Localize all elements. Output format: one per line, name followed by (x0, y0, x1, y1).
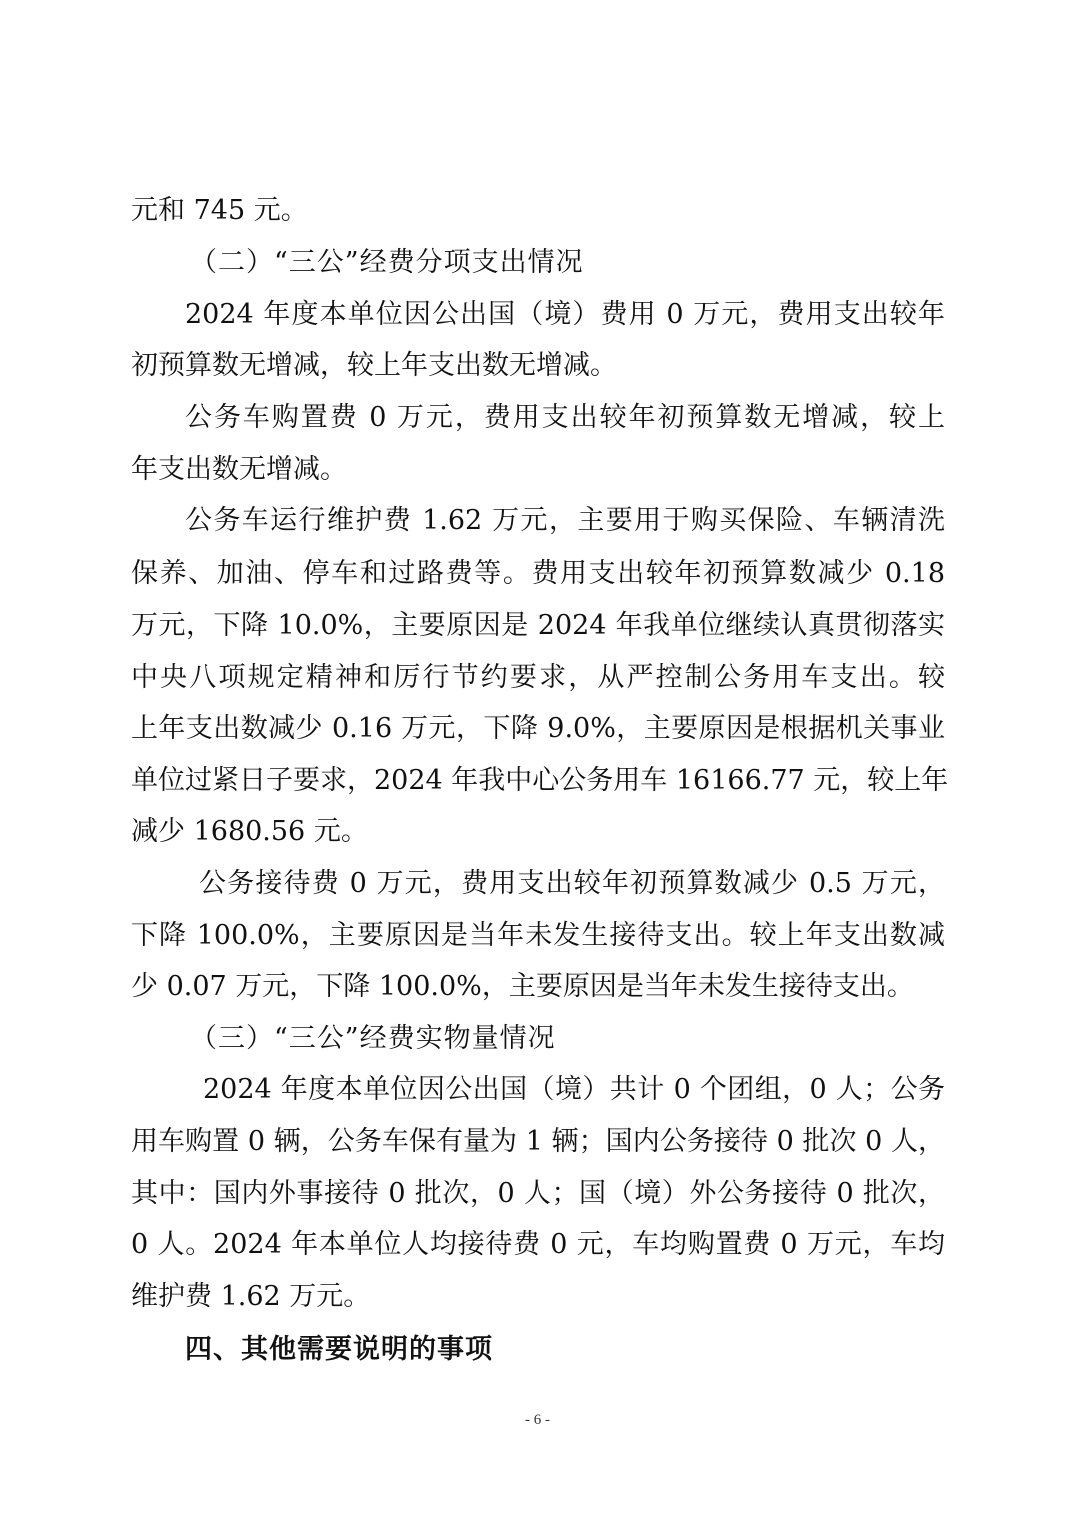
paragraph-reception-line: 公务接待费 0 万元，费用支出较年初预算数减少 0.5 万元， (199, 864, 945, 904)
paragraph-abroad-line: 初预算数无增减，较上年支出数无增减。 (131, 346, 945, 386)
paragraph-vehicle-maintenance-line: 单位过紧日子要求，2024 年我中心公务用车 16166.77 元，较上年 (131, 761, 945, 801)
paragraph-quantities-line: 其中：国内外事接待 0 批次，0 人；国（境）外公务接待 0 批次， (131, 1174, 945, 1214)
paragraph-quantities-line: 0 人。2024 年本单位人均接待费 0 元，车均购置费 0 万元，车均 (131, 1225, 945, 1265)
document-page: 元和 745 元。 （二）“三公”经费分项支出情况 2024 年度本单位因公出国… (0, 0, 1075, 1520)
subsection-heading-itemized-expenses: （二）“三公”经费分项支出情况 (190, 243, 945, 283)
section-heading-other-matters: 四、其他需要说明的事项 (185, 1330, 945, 1370)
paragraph-reception-line: 少 0.07 万元，下降 100.0%，主要原因是当年未发生接待支出。 (131, 967, 945, 1007)
paragraph-continuation-line: 元和 745 元。 (131, 191, 945, 231)
paragraph-vehicle-purchase-line: 年支出数无增减。 (131, 450, 945, 490)
paragraph-vehicle-maintenance-line: 中央八项规定精神和厉行节约要求，从严控制公务用车支出。较 (131, 658, 945, 698)
paragraph-vehicle-maintenance-line: 上年支出数减少 0.16 万元，下降 9.0%，主要原因是根据机关事业 (131, 709, 945, 749)
paragraph-vehicle-maintenance-line: 公务车运行维护费 1.62 万元，主要用于购买保险、车辆清洗 (185, 501, 945, 541)
subsection-heading-physical-quantities: （三）“三公”经费实物量情况 (190, 1019, 945, 1059)
paragraph-vehicle-maintenance-line: 减少 1680.56 元。 (131, 812, 945, 852)
paragraph-quantities-line: 维护费 1.62 万元。 (131, 1277, 945, 1317)
paragraph-quantities-line: 2024 年度本单位因公出国（境）共计 0 个团组，0 人；公务 (203, 1070, 945, 1110)
paragraph-vehicle-maintenance-line: 万元，下降 10.0%，主要原因是 2024 年我单位继续认真贯彻落实 (131, 606, 945, 646)
paragraph-abroad-line: 2024 年度本单位因公出国（境）费用 0 万元，费用支出较年 (185, 295, 945, 335)
paragraph-vehicle-purchase-line: 公务车购置费 0 万元，费用支出较年初预算数无增减，较上 (185, 398, 945, 438)
paragraph-quantities-line: 用车购置 0 辆，公务车保有量为 1 辆；国内公务接待 0 批次 0 人， (131, 1122, 945, 1162)
paragraph-vehicle-maintenance-line: 保养、加油、停车和过路费等。费用支出较年初预算数减少 0.18 (131, 554, 945, 594)
page-number: - 6 - (0, 1408, 1075, 1432)
paragraph-reception-line: 下降 100.0%，主要原因是当年未发生接待支出。较上年支出数减 (131, 916, 945, 956)
